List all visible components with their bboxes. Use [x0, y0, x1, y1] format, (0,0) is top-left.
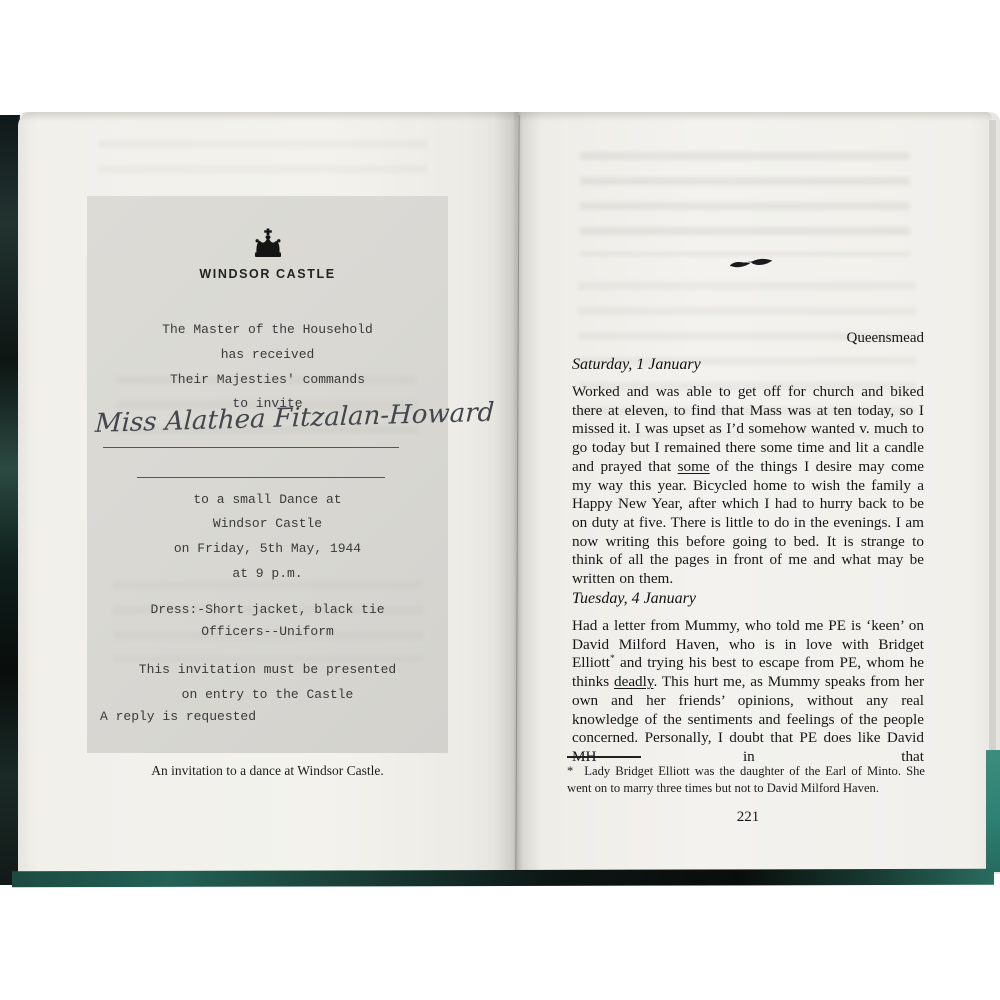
dress-code-line: Officers--Uniform	[87, 625, 448, 639]
blank-underline	[137, 477, 385, 478]
bleed-through-text	[113, 581, 423, 661]
left-page: WINDSOR CASTLE The Master of the Househo…	[18, 112, 516, 874]
invitation-note-line: on entry to the Castle	[87, 688, 448, 702]
crown-icon	[251, 228, 285, 258]
section-divider-flourish-icon	[728, 255, 774, 271]
right-page: Queensmead Saturday, 1 January Worked an…	[516, 112, 1000, 874]
book-photo: WINDSOR CASTLE The Master of the Househo…	[0, 0, 1000, 1000]
diary-entry-date: Tuesday, 4 January	[572, 590, 924, 608]
reply-request-line: A reply is requested	[100, 710, 256, 724]
invitation-line: to a small Dance at	[87, 493, 448, 507]
location-heading: Queensmead	[572, 330, 924, 347]
invitation-line: has received	[87, 348, 448, 362]
invitation-line: The Master of the Household	[87, 323, 448, 337]
book-cover-left-edge	[0, 115, 20, 885]
book-bottom-edge	[12, 869, 994, 888]
invitation-line: Their Majesties' commands	[87, 373, 448, 387]
diary-entry-text: Worked and was able to get off for churc…	[572, 383, 924, 589]
invitation-line: at 9 p.m.	[87, 567, 448, 581]
bleed-through-text	[580, 152, 910, 256]
page-block-right-edge	[989, 120, 996, 750]
invitation-heading: WINDSOR CASTLE	[87, 267, 448, 281]
footnote: *Lady Bridget Elliott was the daughter o…	[567, 763, 925, 797]
open-book: WINDSOR CASTLE The Master of the Househo…	[0, 112, 1000, 886]
dress-code-line: Dress:-Short jacket, black tie	[87, 603, 448, 617]
invitation-card: WINDSOR CASTLE The Master of the Househo…	[87, 196, 448, 753]
footnote-rule	[567, 756, 641, 758]
invitation-line: Windsor Castle	[87, 517, 448, 531]
bleed-through-text	[98, 140, 428, 186]
figure-caption: An invitation to a dance at Windsor Cast…	[87, 763, 448, 779]
diary-entry-date: Saturday, 1 January	[572, 356, 924, 374]
page-number: 221	[572, 809, 924, 826]
invitation-line: on Friday, 5th May, 1944	[87, 542, 448, 556]
diary-entry-text: Had a letter from Mummy, who told me PE …	[572, 617, 924, 767]
name-underline	[103, 447, 399, 448]
invitation-note-line: This invitation must be presented	[87, 663, 448, 677]
book-cover-right-edge	[986, 750, 1000, 872]
